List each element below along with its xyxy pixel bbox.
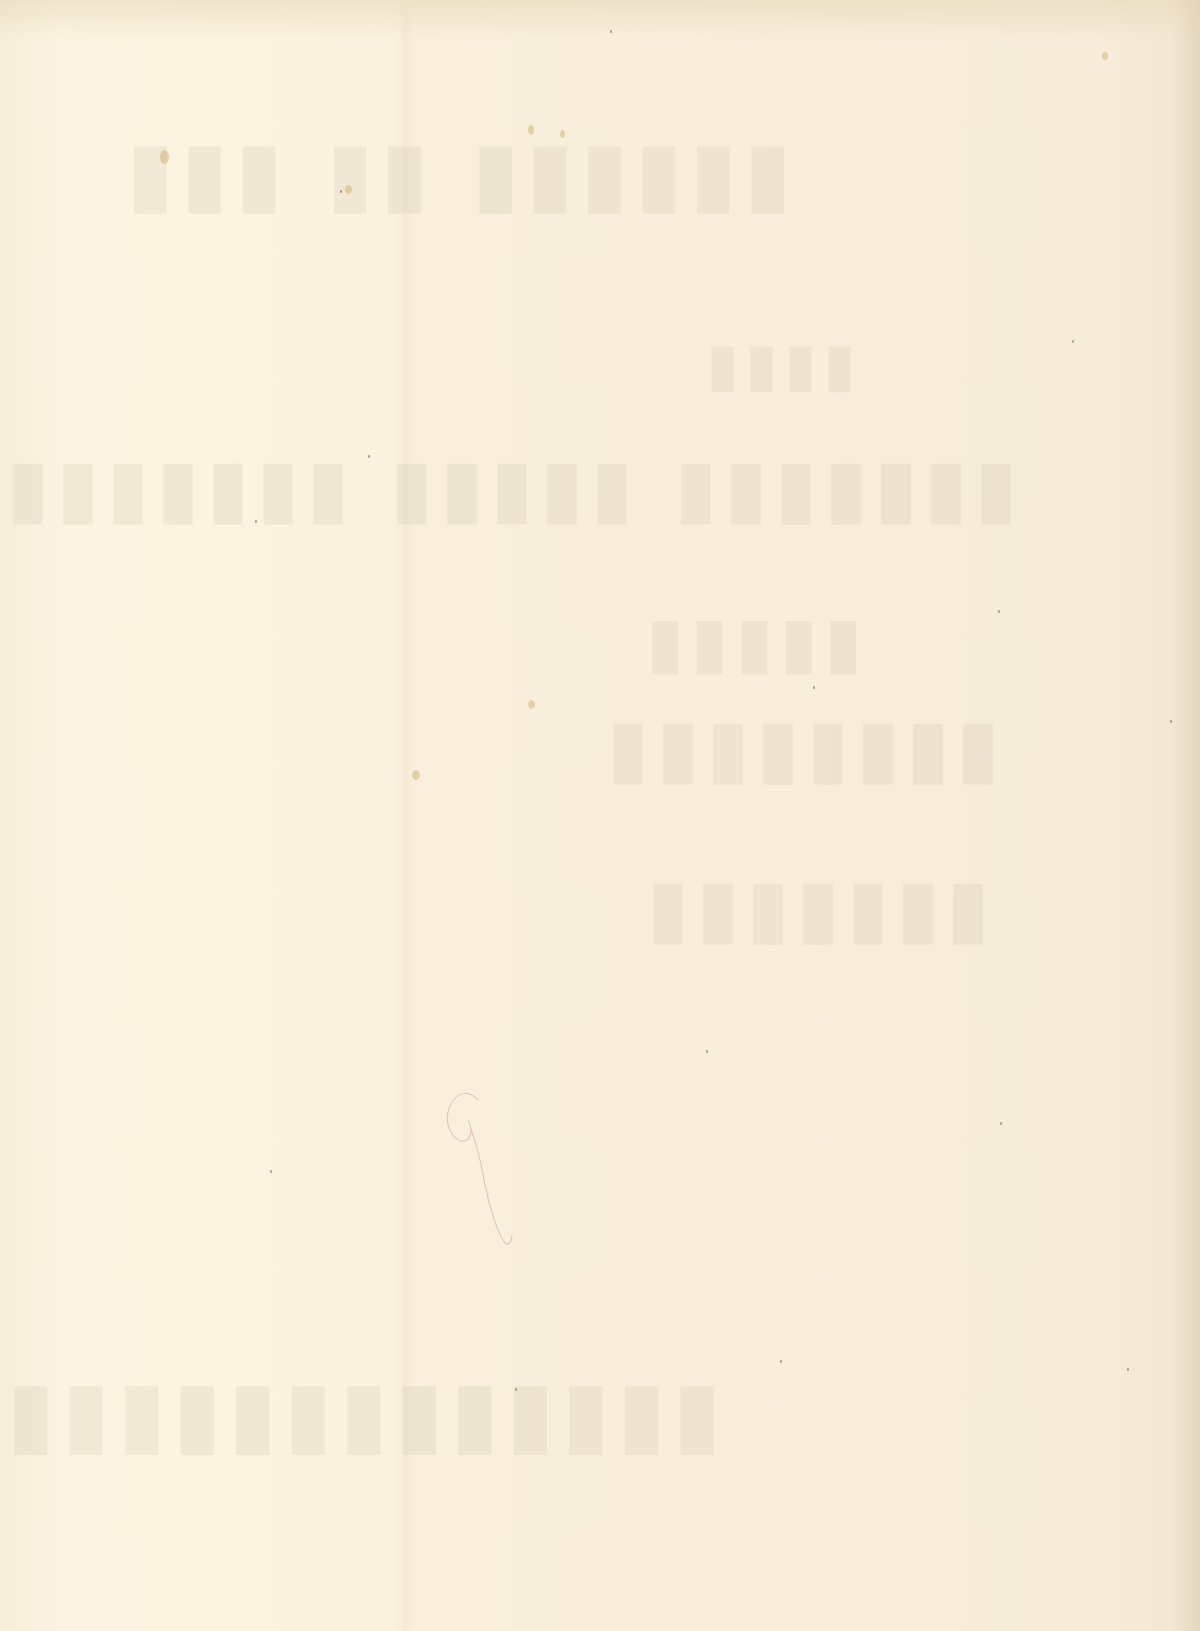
paper-speck xyxy=(998,610,1000,613)
page-top-shadow xyxy=(0,0,1200,40)
paper-speck xyxy=(813,686,815,689)
paper-fiber xyxy=(420,1080,520,1260)
paper-speck xyxy=(1000,1122,1002,1125)
paper-speck xyxy=(1170,720,1172,723)
bleed-through-text: ▮▮▮▮▮ xyxy=(640,600,863,683)
foxing-spot xyxy=(560,130,565,138)
bleed-through-text: ▮▮▮▮ xyxy=(700,330,856,400)
paper-speck xyxy=(1072,340,1074,343)
paper-speck xyxy=(270,1170,272,1173)
foxing-spot xyxy=(345,185,352,194)
bleed-through-text: ▮▮▮▮▮▮▮ xyxy=(640,860,990,954)
paper-speck xyxy=(368,455,370,458)
paper-speck xyxy=(780,1360,782,1363)
bleed-through-text: ▮▮▮▮▮▮ ▮▮ ▮▮▮ xyxy=(120,120,792,224)
paper-speck xyxy=(610,30,612,33)
bleed-through-text: ▮▮▮▮▮▮▮▮ xyxy=(600,700,1000,794)
blank-scanned-page: ▮▮▮▮▮▮ ▮▮ ▮▮▮ ▮▮▮▮ ▮▮▮▮▮▮▮ ▮▮▮▮▮ ▮▮▮▮▮▮▮… xyxy=(0,0,1200,1631)
foxing-spot xyxy=(160,150,169,164)
paper-speck xyxy=(255,520,257,523)
bleed-through-text: ▮▮▮▮▮▮▮▮▮▮▮▮▮ xyxy=(0,1360,722,1466)
paper-speck xyxy=(340,190,342,193)
paper-speck xyxy=(1127,1368,1129,1371)
page-edge-shadow xyxy=(1172,0,1200,1631)
foxing-spot xyxy=(528,700,535,709)
paper-speck xyxy=(515,1388,517,1391)
foxing-spot xyxy=(1102,52,1108,60)
foxing-spot xyxy=(412,770,420,780)
paper-speck xyxy=(706,1050,708,1053)
bleed-through-text: ▮▮▮▮▮▮▮ ▮▮▮▮▮ ▮▮▮▮▮▮▮ xyxy=(0,440,1018,534)
foxing-spot xyxy=(528,125,534,135)
